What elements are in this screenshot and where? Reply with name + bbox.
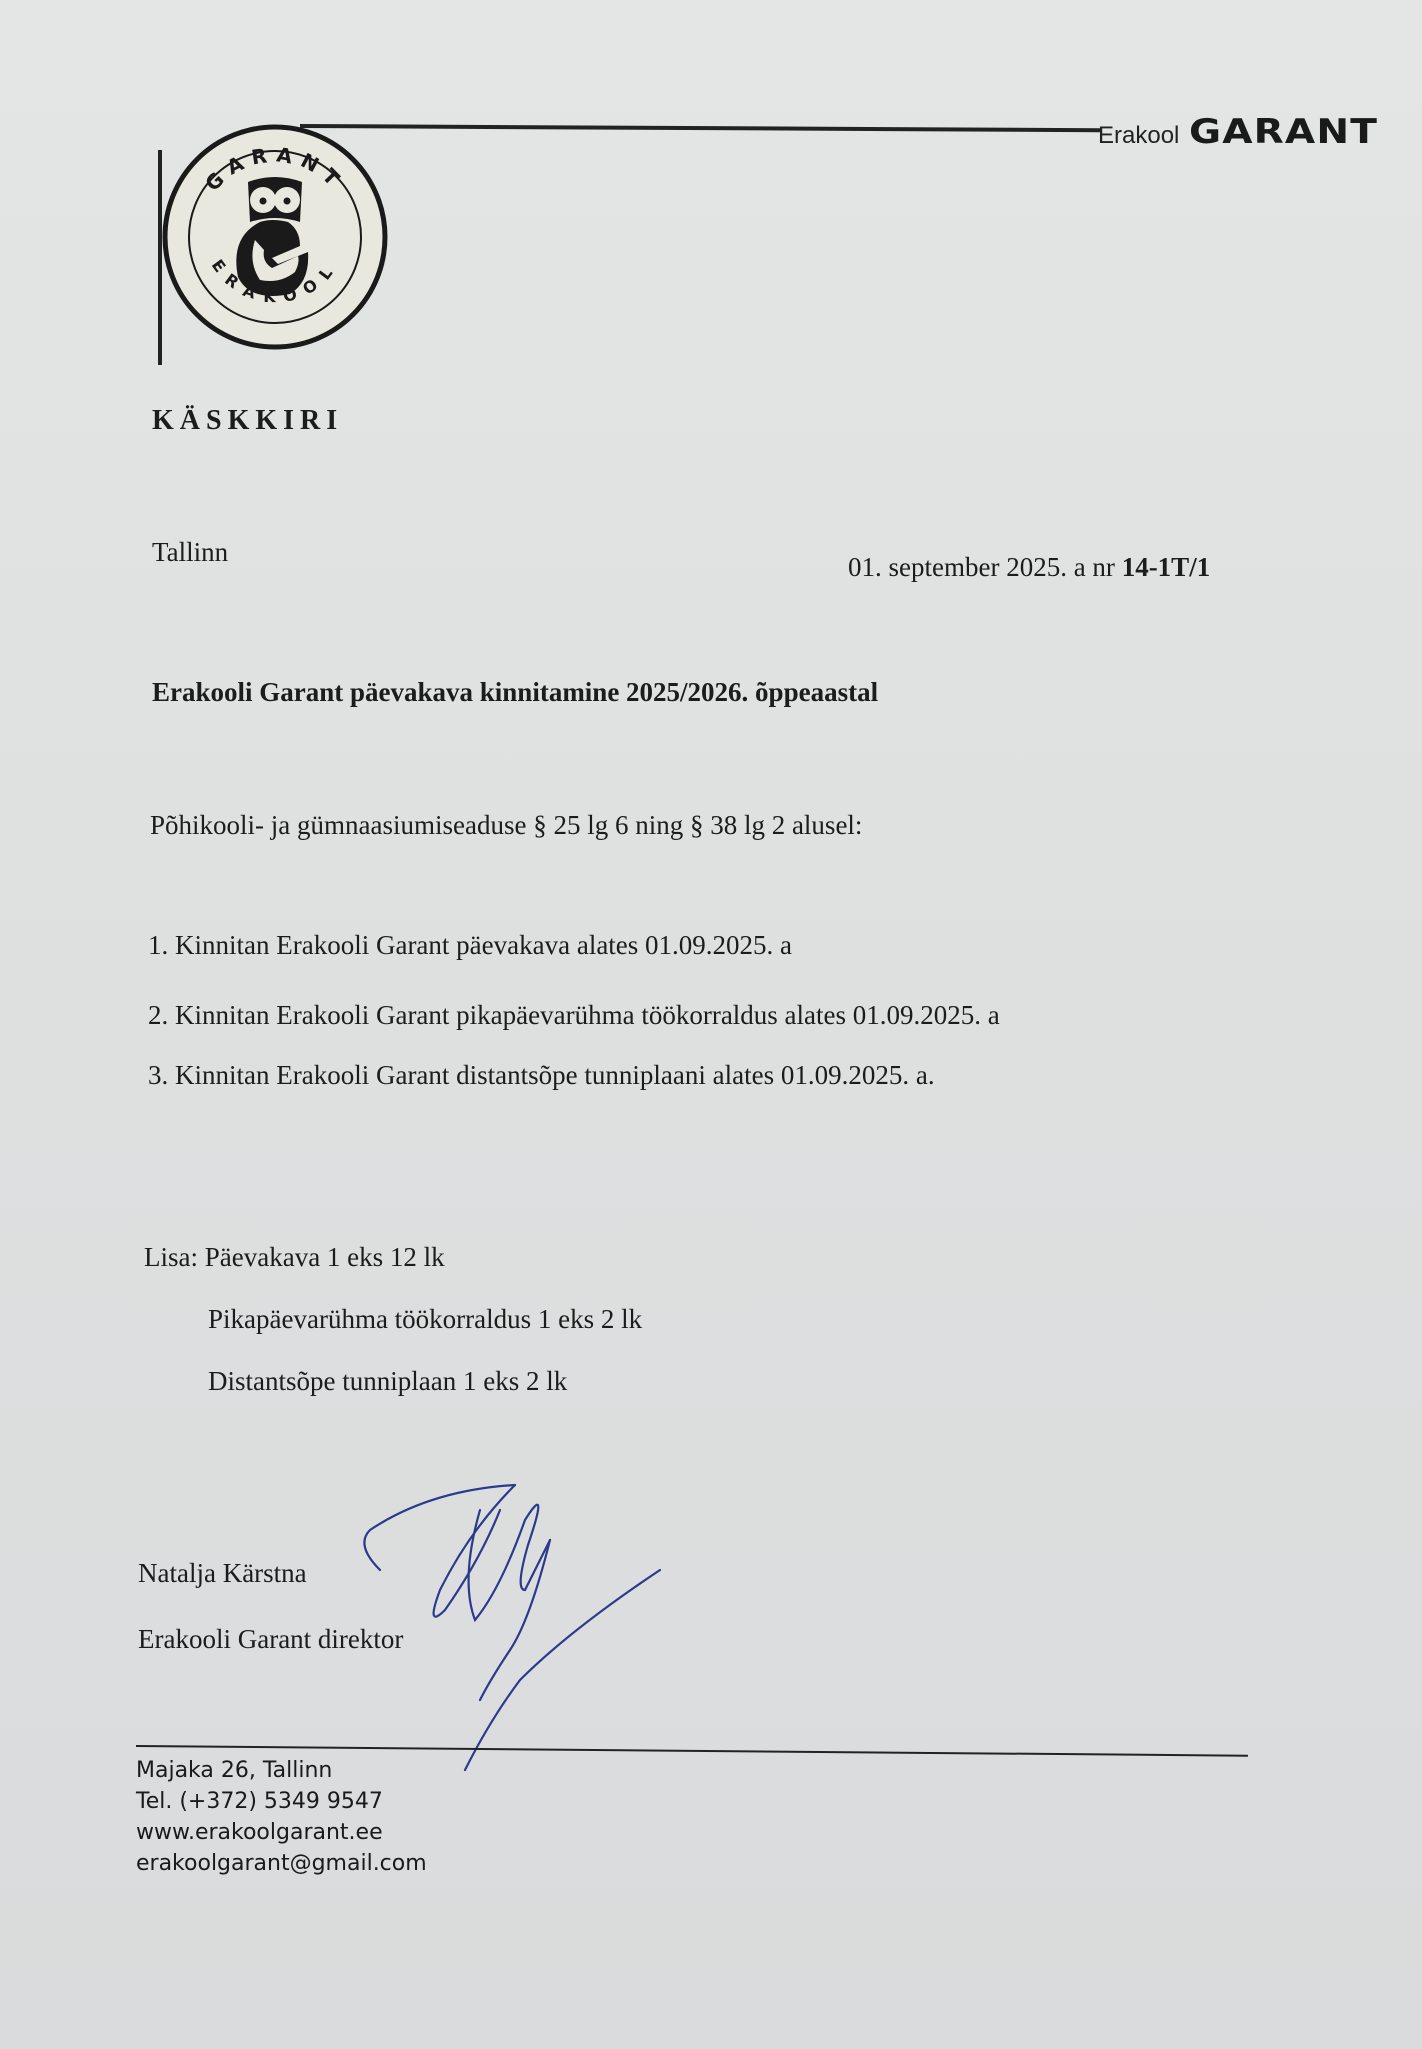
- attachments-label: Lisa:: [144, 1242, 205, 1272]
- order-item-3: 3. Kinnitan Erakooli Garant distantsõpe …: [148, 1060, 935, 1091]
- footer-phone: Tel. (+372) 5349 9547: [136, 1786, 427, 1817]
- brand-name: GARANT: [1189, 112, 1378, 152]
- document-subject: Erakooli Garant päevakava kinnitamine 20…: [152, 677, 878, 708]
- legal-basis: Põhikooli- ja gümnaasiumiseaduse § 25 lg…: [150, 810, 862, 841]
- footer-address: Majaka 26, Tallinn: [136, 1755, 427, 1786]
- footer-website: www.erakoolgarant.ee: [136, 1817, 427, 1848]
- attachment-2: Pikapäevarühma töökorraldus 1 eks 2 lk: [208, 1304, 642, 1335]
- document-number: 14-1T/1: [1122, 552, 1211, 582]
- attachment-3: Distantsõpe tunniplaan 1 eks 2 lk: [208, 1366, 567, 1397]
- order-item-2: 2. Kinnitan Erakooli Garant pikapäevarüh…: [148, 1000, 1000, 1031]
- letterhead-brand: Erakool GARANT: [1098, 112, 1354, 152]
- document-place: Tallinn: [152, 537, 228, 568]
- attachment-line-1: Lisa: Päevakava 1 eks 12 lk: [144, 1242, 445, 1273]
- signatory-name: Natalja Kärstna: [138, 1558, 307, 1589]
- school-logo: GARANT ERAKOOL: [160, 122, 390, 352]
- letterhead-line: [300, 124, 1100, 132]
- document-type-title: KÄSKKIRI: [152, 405, 343, 437]
- footer-contacts: Majaka 26, Tallinn Tel. (+372) 5349 9547…: [136, 1755, 427, 1879]
- document-date: 01. september 2025. a nr: [848, 552, 1122, 582]
- document-date-number: 01. september 2025. a nr 14-1T/1: [848, 552, 1210, 583]
- brand-prefix: Erakool: [1098, 122, 1179, 150]
- attachment-1: Päevakava 1 eks 12 lk: [205, 1242, 445, 1272]
- footer-email: erakoolgarant@gmail.com: [136, 1848, 427, 1879]
- order-item-1: 1. Kinnitan Erakooli Garant päevakava al…: [148, 930, 792, 961]
